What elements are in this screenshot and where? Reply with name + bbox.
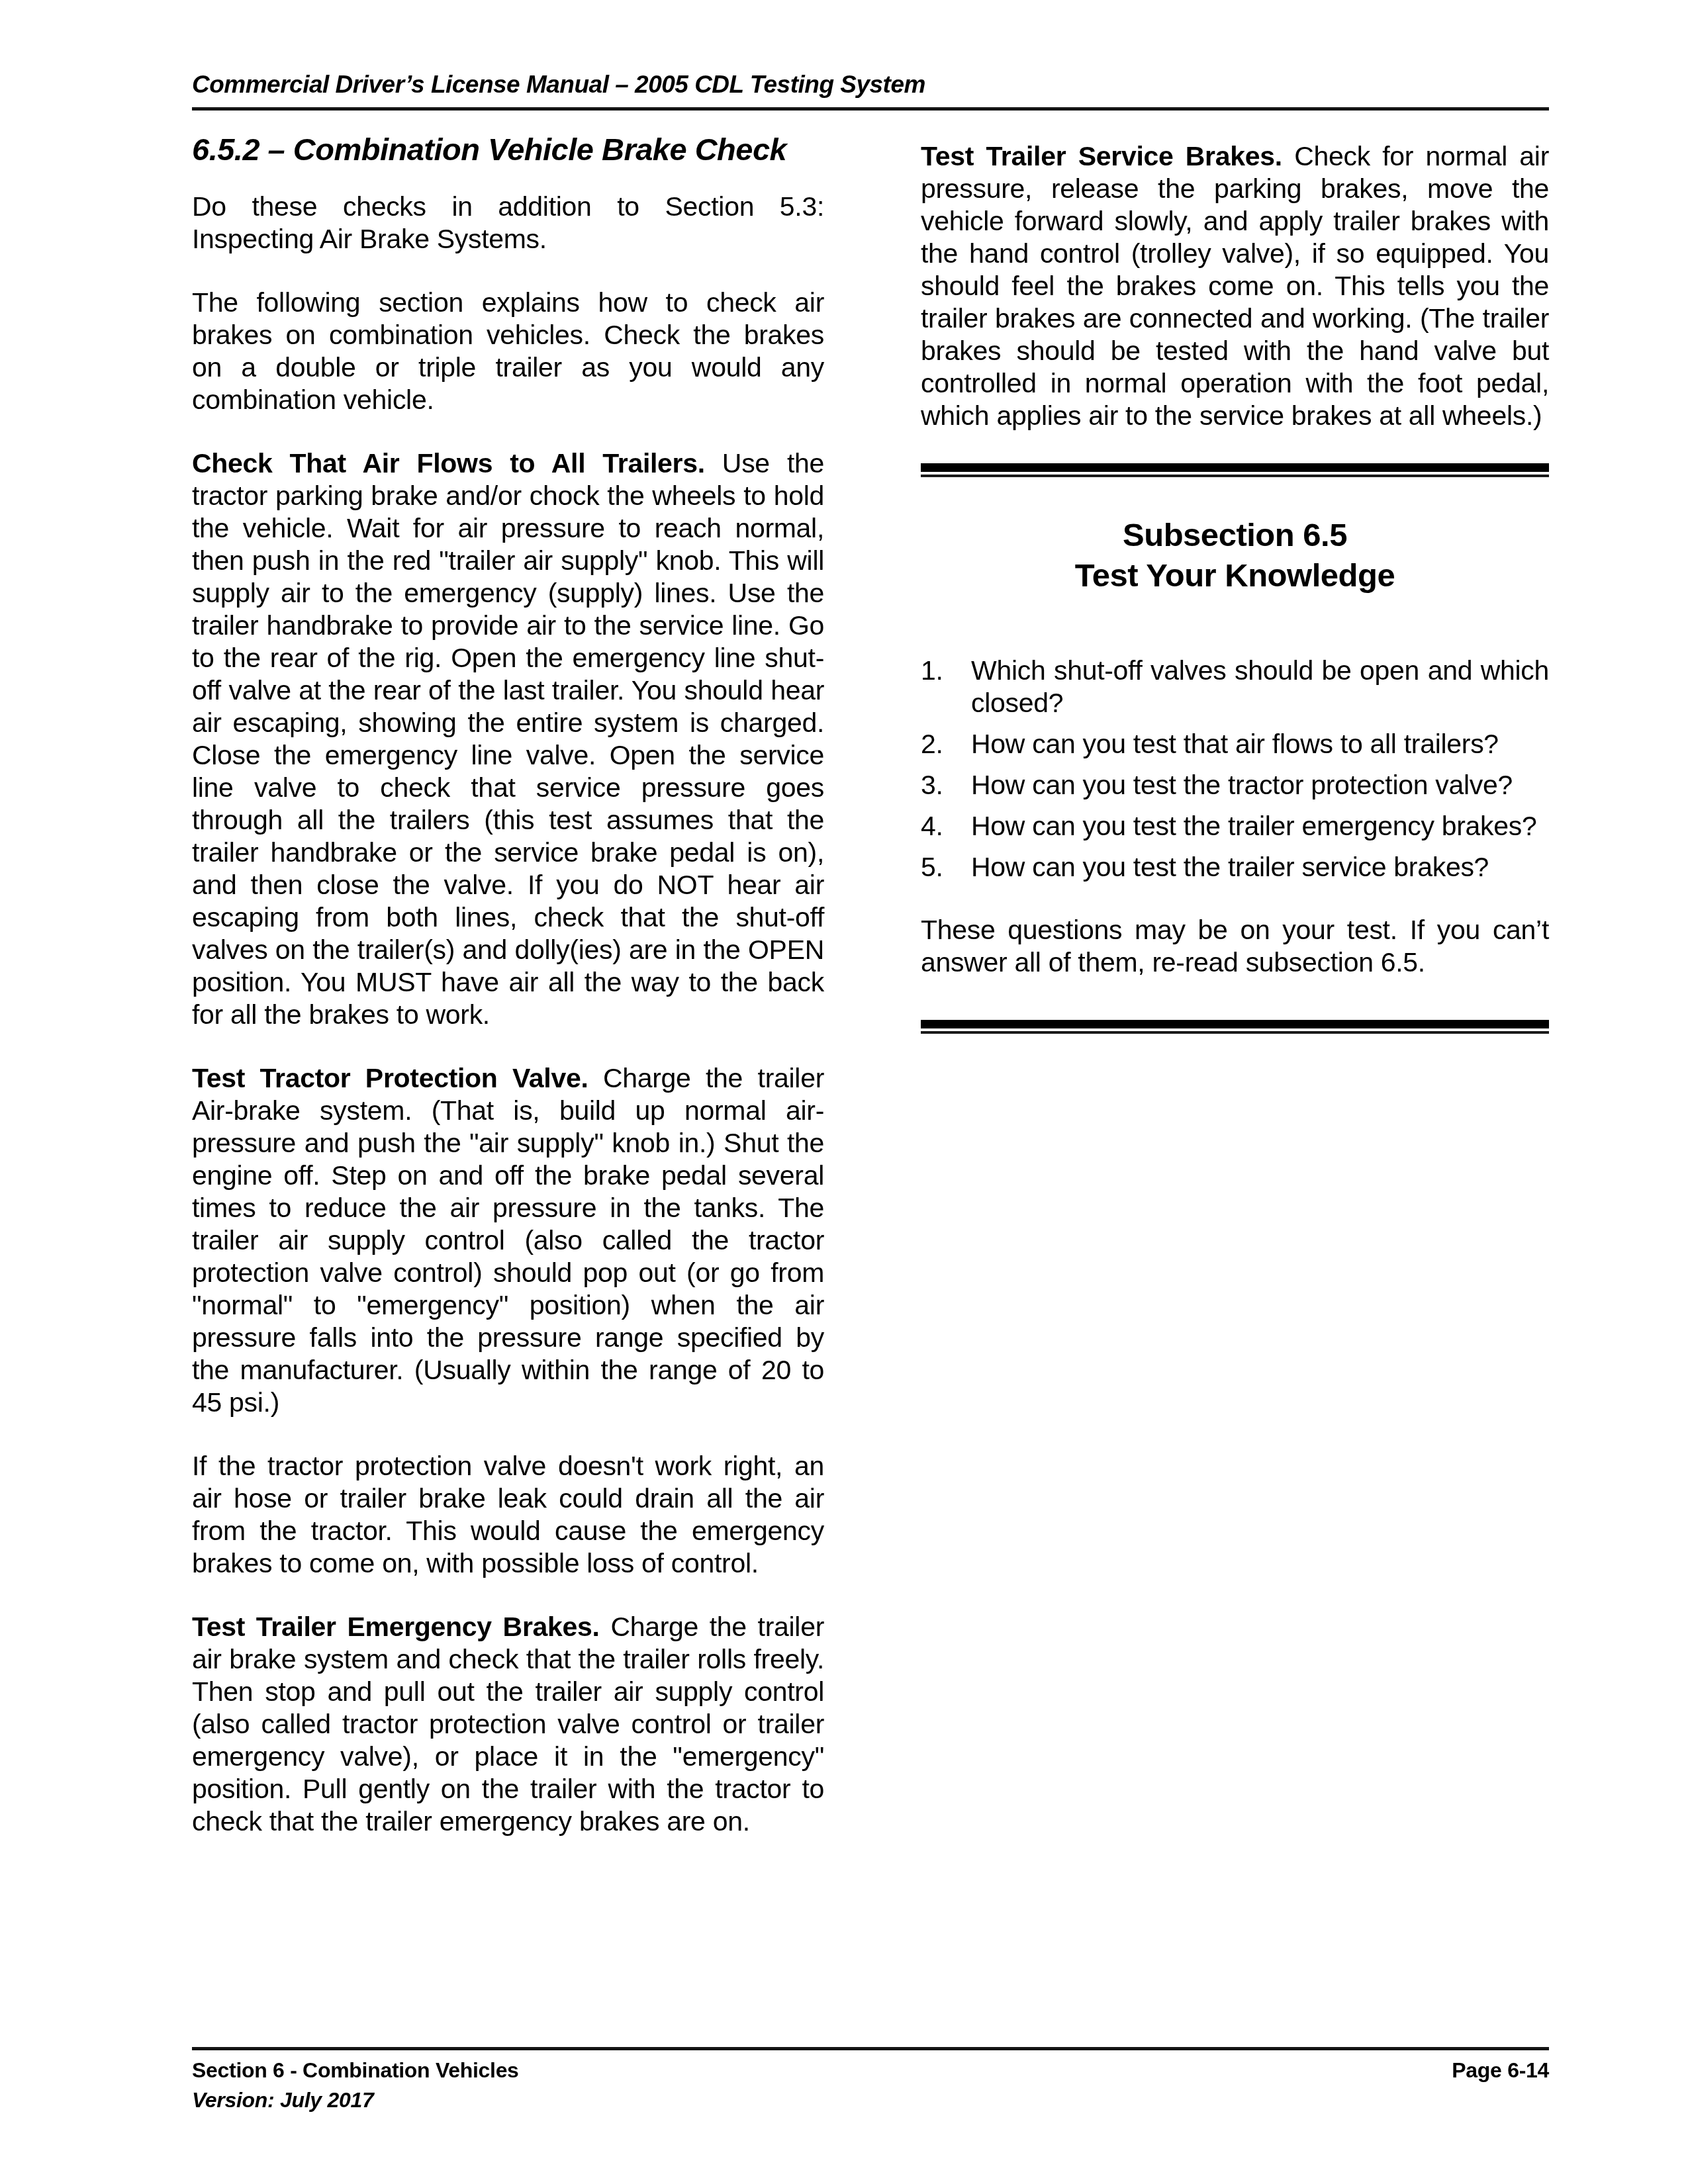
footer-page-number: Page 6-14	[1452, 2057, 1549, 2083]
question-number: 4.	[921, 810, 971, 842]
document-page: Commercial Driver’s License Manual – 200…	[0, 0, 1688, 2184]
page-body: 6.5.2 – Combination Vehicle Brake Check …	[192, 131, 1549, 1869]
subsection-title-line2: Test Your Knowledge	[921, 556, 1549, 596]
question-item: 3. How can you test the tractor protecti…	[921, 769, 1549, 801]
question-item: 2. How can you test that air flows to al…	[921, 728, 1549, 760]
header-title: Commercial Driver’s License Manual – 200…	[192, 70, 1549, 99]
paragraph-lead: Test Trailer Service Brakes.	[921, 141, 1282, 171]
paragraph-text: Charge the trailer air brake system and …	[192, 1612, 824, 1837]
paragraph: The following section explains how to ch…	[192, 287, 824, 416]
paragraph-lead: Test Trailer Emergency Brakes.	[192, 1612, 600, 1642]
question-text: How can you test the trailer service bra…	[971, 851, 1549, 884]
right-column: Test Trailer Service Brakes. Check for n…	[921, 131, 1549, 1869]
question-number: 5.	[921, 851, 971, 884]
footer-section-label: Section 6 - Combination Vehicles	[192, 2057, 519, 2083]
double-rule-bottom	[921, 1020, 1549, 1034]
question-number: 2.	[921, 728, 971, 760]
rule-thick-bar	[921, 463, 1549, 472]
footer-row: Section 6 - Combination Vehicles Page 6-…	[192, 2057, 1549, 2083]
paragraph: If the tractor protection valve doesn't …	[192, 1450, 824, 1580]
paragraph-text: The following section explains how to ch…	[192, 287, 824, 415]
question-item: 4. How can you test the trailer emergenc…	[921, 810, 1549, 842]
question-item: 5. How can you test the trailer service …	[921, 851, 1549, 884]
question-text: How can you test the trailer emergency b…	[971, 810, 1549, 842]
question-item: 1. Which shut-off valves should be open …	[921, 655, 1549, 719]
closing-paragraph: These questions may be on your test. If …	[921, 914, 1549, 979]
rule-thick-bar	[921, 1020, 1549, 1028]
paragraph-text: Do these checks in addition to Section 5…	[192, 191, 824, 254]
paragraph-text: Check for normal air pressure, release t…	[921, 141, 1549, 431]
question-text: How can you test the tractor protection …	[971, 769, 1549, 801]
rule-thin-line	[921, 1031, 1549, 1034]
question-list: 1. Which shut-off valves should be open …	[921, 655, 1549, 884]
double-rule-top	[921, 463, 1549, 477]
paragraph-text: Use the tractor parking brake and/or cho…	[192, 448, 824, 1030]
paragraph: Test Trailer Emergency Brakes. Charge th…	[192, 1611, 824, 1838]
paragraph: Test Trailer Service Brakes. Check for n…	[921, 140, 1549, 432]
question-text: How can you test that air flows to all t…	[971, 728, 1549, 760]
question-number: 1.	[921, 655, 971, 719]
paragraph-lead: Check That Air Flows to All Trailers.	[192, 448, 705, 478]
paragraph-text: Charge the trailer Air-brake system. (Th…	[192, 1063, 824, 1418]
subsection-title-line1: Subsection 6.5	[921, 516, 1549, 556]
paragraph: Check That Air Flows to All Trailers. Us…	[192, 447, 824, 1031]
left-column: 6.5.2 – Combination Vehicle Brake Check …	[192, 131, 824, 1869]
rule-thin-line	[921, 475, 1549, 477]
paragraph-lead: Test Tractor Protection Valve.	[192, 1063, 588, 1093]
paragraph: Do these checks in addition to Section 5…	[192, 191, 824, 255]
footer-version: Version: July 2017	[192, 2087, 1549, 2113]
paragraph: Test Tractor Protection Valve. Charge th…	[192, 1062, 824, 1419]
section-heading: 6.5.2 – Combination Vehicle Brake Check	[192, 131, 824, 168]
paragraph-text: If the tractor protection valve doesn't …	[192, 1451, 824, 1578]
subsection-heading: Subsection 6.5 Test Your Knowledge	[921, 516, 1549, 596]
question-number: 3.	[921, 769, 971, 801]
question-text: Which shut-off valves should be open and…	[971, 655, 1549, 719]
page-header: Commercial Driver’s License Manual – 200…	[192, 70, 1549, 111]
page-footer: Section 6 - Combination Vehicles Page 6-…	[192, 2047, 1549, 2113]
